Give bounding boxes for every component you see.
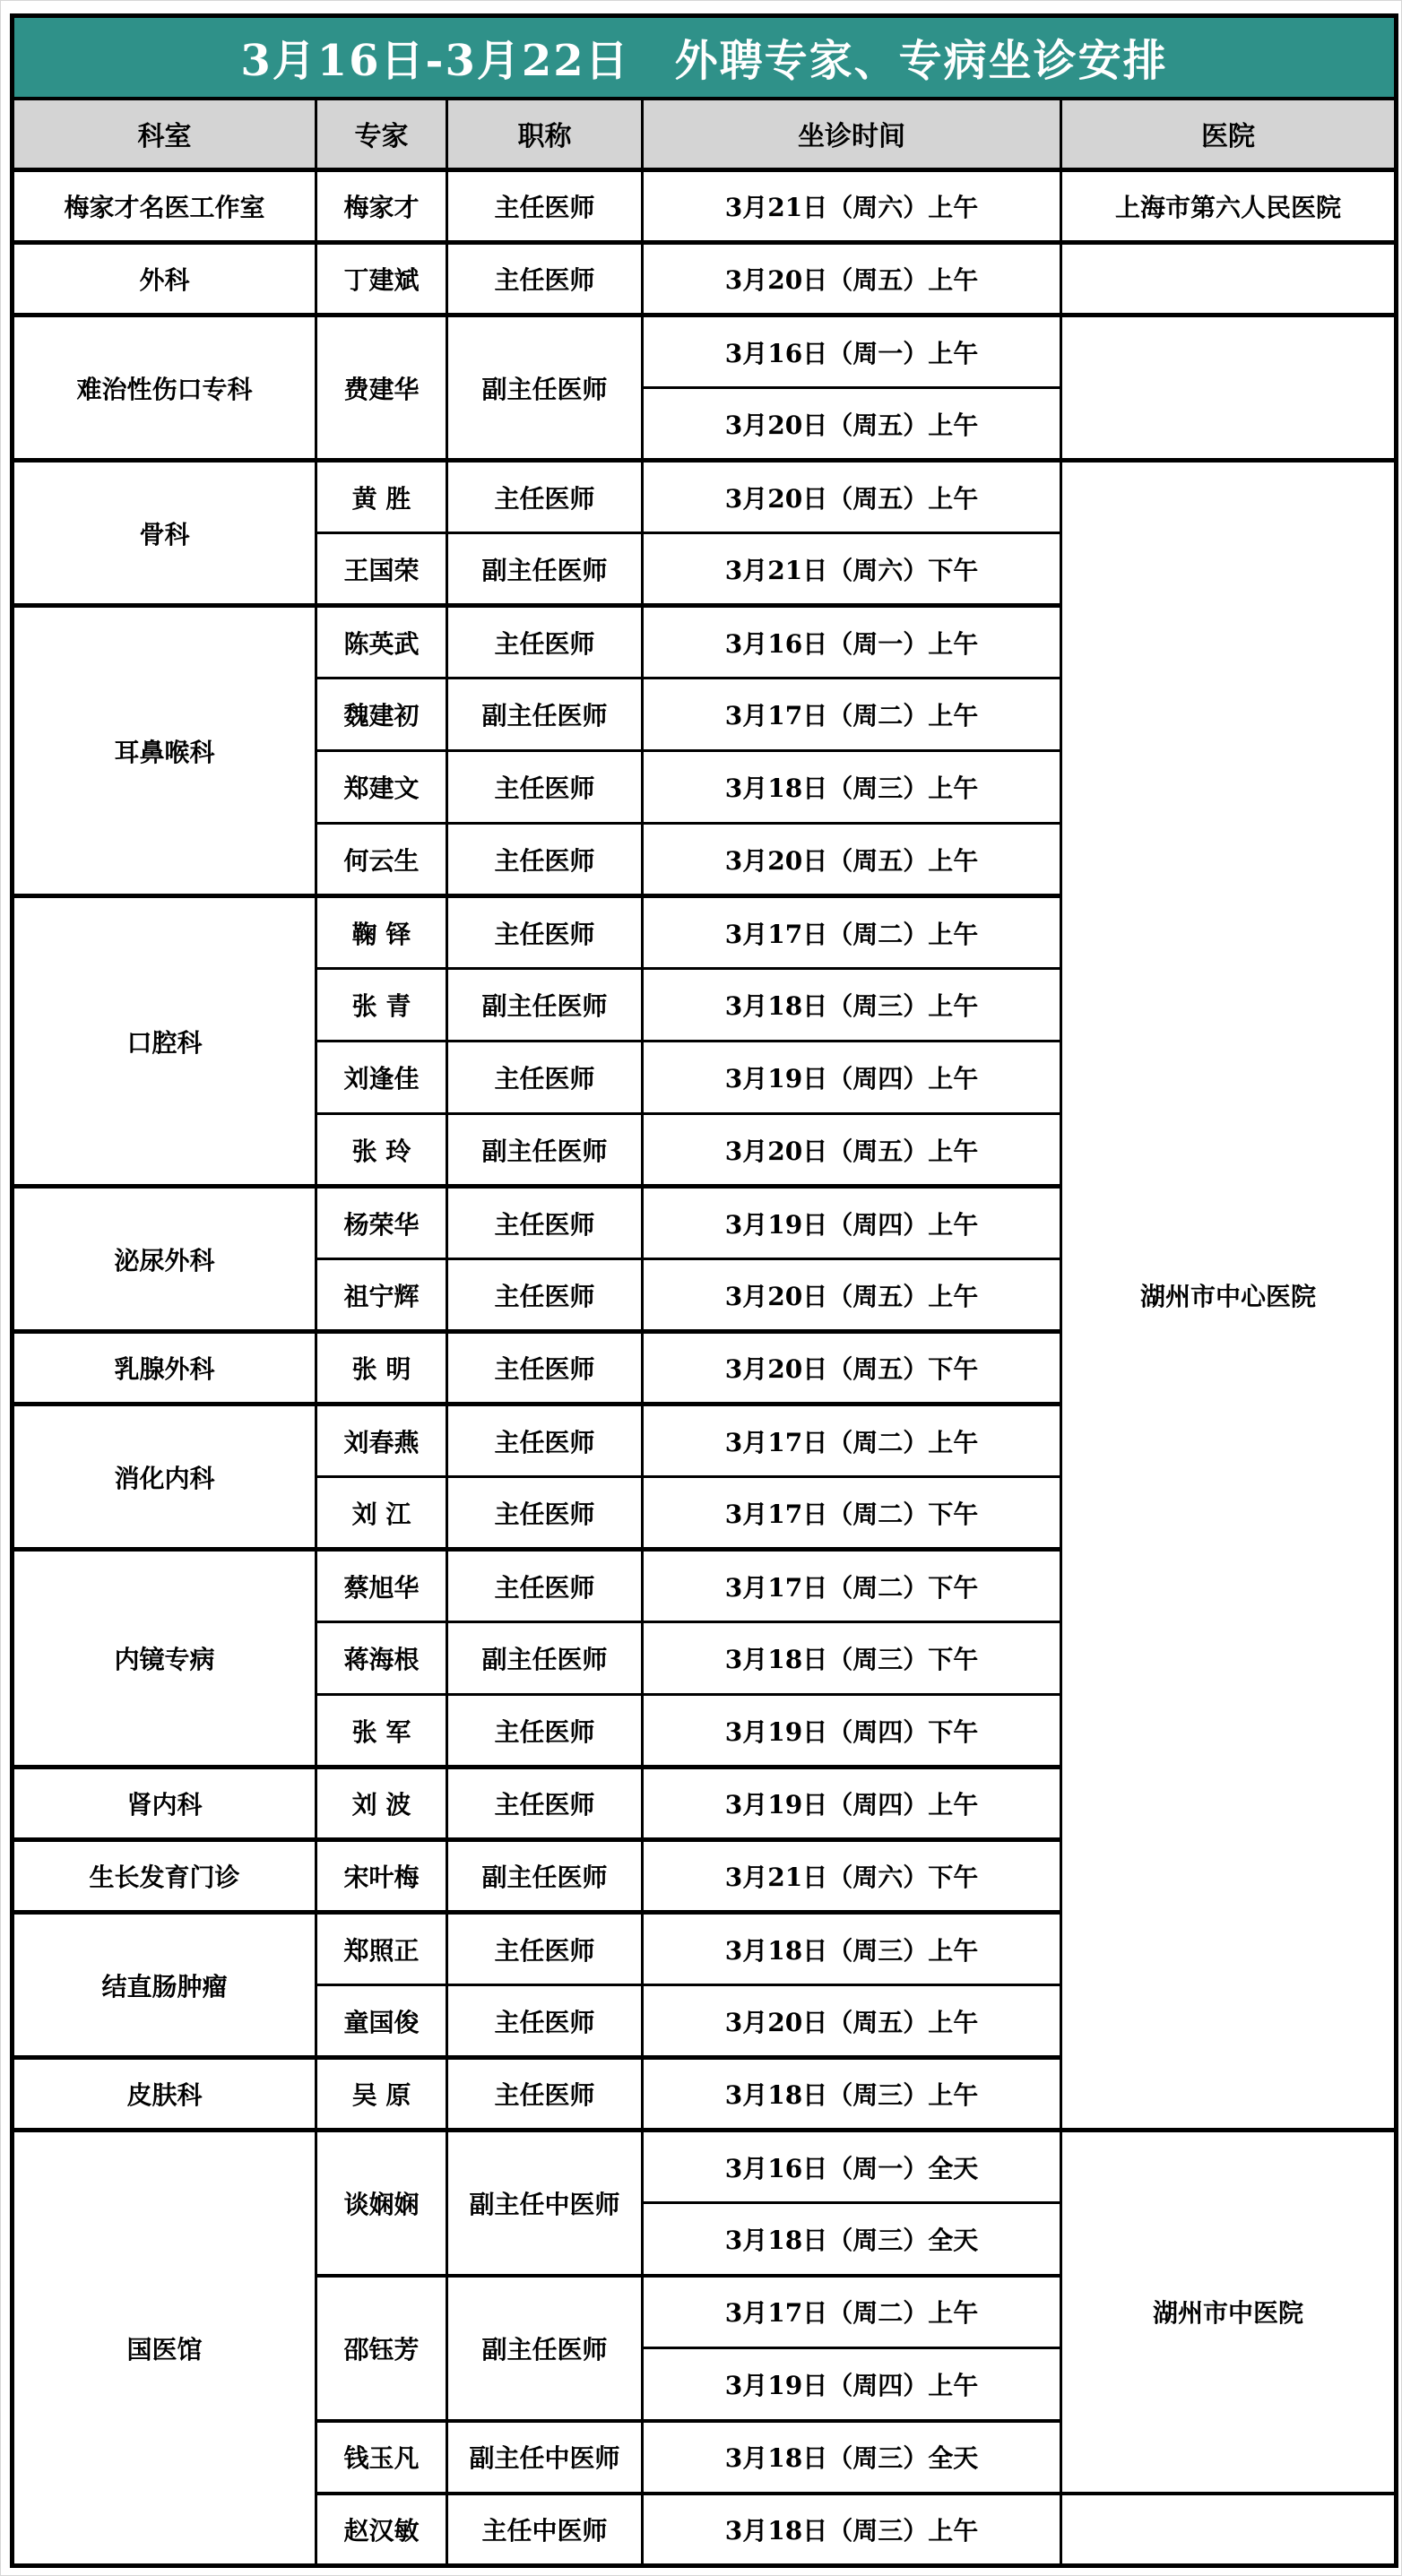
time-cell: 3月17日（周二）上午 xyxy=(643,2276,1061,2348)
hospital-cell-empty xyxy=(1061,2494,1397,2566)
expert-cell: 蒋海根 xyxy=(316,1622,447,1695)
job-title-cell: 副主任医师 xyxy=(447,1114,643,1187)
job-title-cell: 主任医师 xyxy=(447,1042,643,1114)
col-header-time: 坐诊时间 xyxy=(643,99,1061,170)
job-title-cell: 主任医师 xyxy=(447,1332,643,1405)
time-cell: 3月20日（周五）上午 xyxy=(643,388,1061,461)
job-title-cell: 主任医师 xyxy=(447,751,643,824)
dept-cell: 皮肤科 xyxy=(13,2058,316,2131)
job-title-cell: 副主任医师 xyxy=(447,533,643,606)
job-title-cell: 副主任医师 xyxy=(447,1622,643,1695)
time-cell: 3月19日（周四）上午 xyxy=(643,1187,1061,1259)
expert-cell: 刘 江 xyxy=(316,1477,447,1550)
expert-cell: 蔡旭华 xyxy=(316,1550,447,1622)
expert-cell: 王国荣 xyxy=(316,533,447,606)
time-cell: 3月21日（周六）下午 xyxy=(643,533,1061,606)
job-title-cell: 主任医师 xyxy=(447,1695,643,1768)
job-title-cell: 主任医师 xyxy=(447,1768,643,1840)
job-title-cell: 主任医师 xyxy=(447,824,643,896)
job-title-cell: 主任医师 xyxy=(447,1477,643,1550)
dept-cell: 梅家才名医工作室 xyxy=(13,170,316,243)
col-header-dept: 科室 xyxy=(13,99,316,170)
job-title-cell: 主任医师 xyxy=(447,1550,643,1622)
expert-cell: 谈娴娴 xyxy=(316,2131,447,2276)
col-header-job-title: 职称 xyxy=(447,99,643,170)
job-title-cell: 主任医师 xyxy=(447,243,643,316)
expert-cell: 张 明 xyxy=(316,1332,447,1405)
expert-cell: 赵汉敏 xyxy=(316,2494,447,2566)
job-title-cell: 主任医师 xyxy=(447,1913,643,1985)
expert-cell: 何云生 xyxy=(316,824,447,896)
time-cell: 3月17日（周二）上午 xyxy=(643,1405,1061,1477)
expert-cell: 张 军 xyxy=(316,1695,447,1768)
expert-cell: 丁建斌 xyxy=(316,243,447,316)
job-title-cell: 副主任医师 xyxy=(447,1840,643,1913)
job-title-cell: 主任医师 xyxy=(447,1259,643,1332)
job-title-cell: 主任医师 xyxy=(447,896,643,969)
time-cell: 3月19日（周四）上午 xyxy=(643,1768,1061,1840)
time-cell: 3月20日（周五）上午 xyxy=(643,461,1061,533)
job-title-cell: 主任医师 xyxy=(447,1187,643,1259)
job-title-cell: 主任医师 xyxy=(447,2058,643,2131)
expert-cell: 杨荣华 xyxy=(316,1187,447,1259)
time-cell: 3月17日（周二）上午 xyxy=(643,896,1061,969)
time-cell: 3月16日（周一）全天 xyxy=(643,2131,1061,2203)
time-cell: 3月19日（周四）下午 xyxy=(643,1695,1061,1768)
time-cell: 3月16日（周一）上午 xyxy=(643,606,1061,679)
expert-cell: 梅家才 xyxy=(316,170,447,243)
dept-cell: 难治性伤口专科 xyxy=(13,316,316,461)
expert-cell: 张 青 xyxy=(316,969,447,1042)
expert-cell: 祖宁辉 xyxy=(316,1259,447,1332)
dept-cell: 国医馆 xyxy=(13,2131,316,2566)
time-cell: 3月18日（周三）上午 xyxy=(643,2058,1061,2131)
time-cell: 3月18日（周三）上午 xyxy=(643,2494,1061,2566)
expert-cell: 刘 波 xyxy=(316,1768,447,1840)
dept-cell: 骨科 xyxy=(13,461,316,606)
dept-cell: 耳鼻喉科 xyxy=(13,606,316,896)
expert-cell: 童国俊 xyxy=(316,1985,447,2058)
time-cell: 3月20日（周五）上午 xyxy=(643,824,1061,896)
job-title-cell: 副主任医师 xyxy=(447,679,643,751)
time-cell: 3月19日（周四）上午 xyxy=(643,2348,1061,2421)
hospital-cell-empty xyxy=(1061,316,1397,461)
time-cell: 3月21日（周六）下午 xyxy=(643,1840,1061,1913)
dept-cell: 生长发育门诊 xyxy=(13,1840,316,1913)
dept-cell: 内镜专病 xyxy=(13,1550,316,1768)
col-header-expert: 专家 xyxy=(316,99,447,170)
time-cell: 3月21日（周六）上午 xyxy=(643,170,1061,243)
dept-cell: 结直肠肿瘤 xyxy=(13,1913,316,2058)
time-cell: 3月18日（周三）全天 xyxy=(643,2203,1061,2276)
time-cell: 3月19日（周四）上午 xyxy=(643,1042,1061,1114)
time-cell: 3月16日（周一）上午 xyxy=(643,316,1061,388)
job-title-cell: 副主任医师 xyxy=(447,2276,643,2421)
job-title-cell: 副主任医师 xyxy=(447,969,643,1042)
hospital-cell: 湖州市中医院 xyxy=(1061,2131,1397,2494)
time-cell: 3月20日（周五）下午 xyxy=(643,1332,1061,1405)
dept-cell: 口腔科 xyxy=(13,896,316,1187)
expert-cell: 郑建文 xyxy=(316,751,447,824)
dept-cell: 肾内科 xyxy=(13,1768,316,1840)
dept-cell: 泌尿外科 xyxy=(13,1187,316,1332)
job-title-cell: 副主任中医师 xyxy=(447,2131,643,2276)
expert-cell: 费建华 xyxy=(316,316,447,461)
expert-cell: 陈英武 xyxy=(316,606,447,679)
time-cell: 3月18日（周三）全天 xyxy=(643,2421,1061,2494)
expert-cell: 郑照正 xyxy=(316,1913,447,1985)
time-cell: 3月20日（周五）上午 xyxy=(643,1985,1061,2058)
time-cell: 3月18日（周三）上午 xyxy=(643,969,1061,1042)
col-header-hospital: 医院 xyxy=(1061,99,1397,170)
expert-cell: 刘春燕 xyxy=(316,1405,447,1477)
expert-cell: 魏建初 xyxy=(316,679,447,751)
page: 3月16日-3月22日 外聘专家、专病坐诊安排 科室 专家 职称 坐诊时间 医院… xyxy=(0,0,1402,2576)
expert-cell: 刘逢佳 xyxy=(316,1042,447,1114)
expert-cell: 张 玲 xyxy=(316,1114,447,1187)
time-cell: 3月18日（周三）下午 xyxy=(643,1622,1061,1695)
hospital-cell: 上海市第六人民医院 xyxy=(1061,170,1397,243)
job-title-cell: 副主任医师 xyxy=(447,316,643,461)
hospital-cell: 湖州市中心医院 xyxy=(1061,461,1397,2131)
dept-cell: 消化内科 xyxy=(13,1405,316,1550)
expert-cell: 邵钰芳 xyxy=(316,2276,447,2421)
expert-cell: 鞠 铎 xyxy=(316,896,447,969)
dept-cell: 外科 xyxy=(13,243,316,316)
expert-cell: 钱玉凡 xyxy=(316,2421,447,2494)
time-cell: 3月20日（周五）上午 xyxy=(643,1259,1061,1332)
time-cell: 3月17日（周二）上午 xyxy=(643,679,1061,751)
job-title-cell: 主任医师 xyxy=(447,1985,643,2058)
job-title-cell: 主任医师 xyxy=(447,170,643,243)
job-title-cell: 副主任中医师 xyxy=(447,2421,643,2494)
expert-cell: 黄 胜 xyxy=(316,461,447,533)
time-cell: 3月17日（周二）下午 xyxy=(643,1477,1061,1550)
time-cell: 3月20日（周五）上午 xyxy=(643,1114,1061,1187)
time-cell: 3月18日（周三）上午 xyxy=(643,1913,1061,1985)
job-title-cell: 主任中医师 xyxy=(447,2494,643,2566)
job-title-cell: 主任医师 xyxy=(447,461,643,533)
time-cell: 3月20日（周五）上午 xyxy=(643,243,1061,316)
dept-cell: 乳腺外科 xyxy=(13,1332,316,1405)
table-title: 3月16日-3月22日 外聘专家、专病坐诊安排 xyxy=(13,16,1397,99)
time-cell: 3月18日（周三）上午 xyxy=(643,751,1061,824)
job-title-cell: 主任医师 xyxy=(447,1405,643,1477)
time-cell: 3月17日（周二）下午 xyxy=(643,1550,1061,1622)
schedule-table: 3月16日-3月22日 外聘专家、专病坐诊安排 科室 专家 职称 坐诊时间 医院… xyxy=(10,13,1398,2568)
expert-cell: 宋叶梅 xyxy=(316,1840,447,1913)
job-title-cell: 主任医师 xyxy=(447,606,643,679)
hospital-cell-empty xyxy=(1061,243,1397,316)
expert-cell: 吴 原 xyxy=(316,2058,447,2131)
